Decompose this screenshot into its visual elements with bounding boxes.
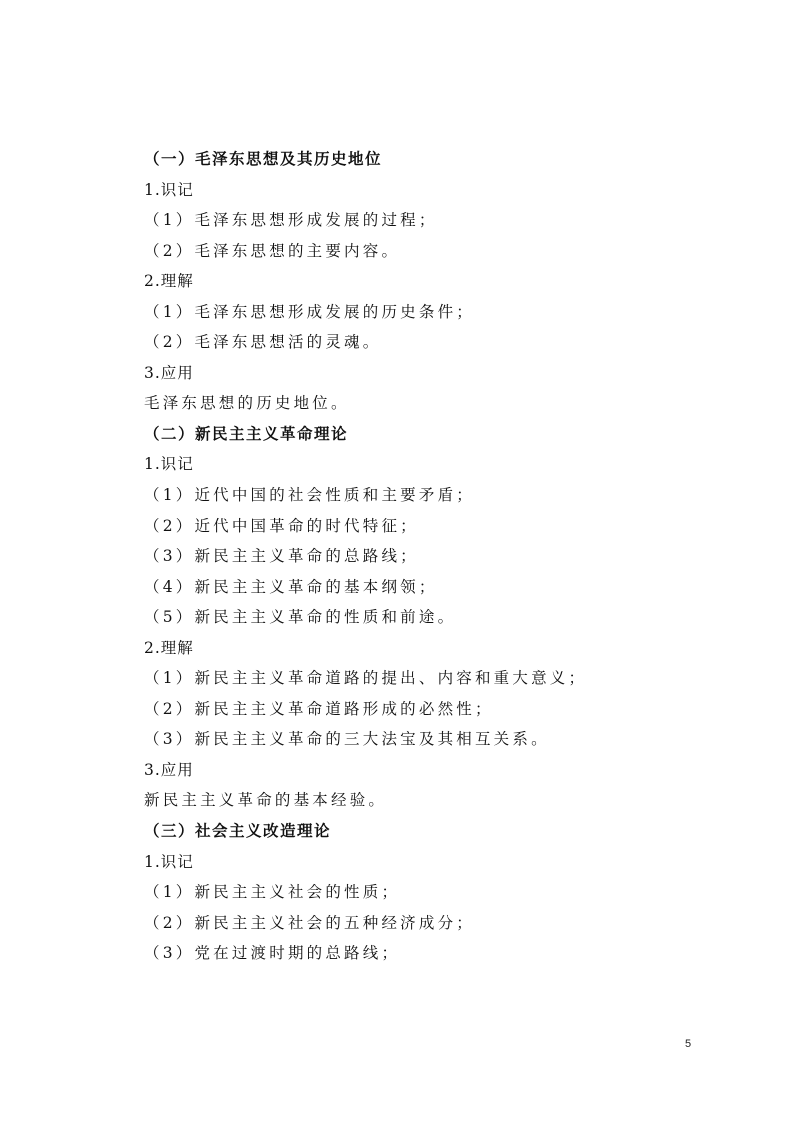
list-item: （1）毛泽东思想形成发展的历史条件； [144, 297, 664, 328]
list-item: （3）新民主主义革命的三大法宝及其相互关系。 [144, 724, 664, 755]
list-item: （3）党在过渡时期的总路线； [144, 938, 664, 969]
paragraph: 新民主主义革命的基本经验。 [144, 785, 664, 816]
list-item: （1）新民主主义革命道路的提出、内容和重大意义； [144, 663, 664, 694]
page-number: 5 [685, 1038, 691, 1050]
section-heading: （三）社会主义改造理论 [144, 816, 664, 847]
list-item: （3）新民主主义革命的总路线； [144, 541, 664, 572]
list-item: （2）新民主主义革命道路形成的必然性； [144, 694, 664, 725]
subsection-label: 1.识记 [144, 847, 664, 878]
subsection-label: 2.理解 [144, 633, 664, 664]
subsection-label: 2.理解 [144, 266, 664, 297]
list-item: （1）毛泽东思想形成发展的过程； [144, 205, 664, 236]
list-item: （5）新民主主义革命的性质和前途。 [144, 602, 664, 633]
list-item: （2）新民主主义社会的五种经济成分； [144, 908, 664, 939]
list-item: （2）毛泽东思想的主要内容。 [144, 236, 664, 267]
document-page: （一）毛泽东思想及其历史地位 1.识记 （1）毛泽东思想形成发展的过程； （2）… [0, 0, 793, 1122]
section-heading: （二）新民主主义革命理论 [144, 419, 664, 450]
list-item: （4）新民主主义革命的基本纲领； [144, 572, 664, 603]
list-item: （1）近代中国的社会性质和主要矛盾； [144, 480, 664, 511]
list-item: （1）新民主主义社会的性质； [144, 877, 664, 908]
subsection-label: 3.应用 [144, 755, 664, 786]
list-item: （2）毛泽东思想活的灵魂。 [144, 327, 664, 358]
subsection-label: 1.识记 [144, 449, 664, 480]
section-heading: （一）毛泽东思想及其历史地位 [144, 144, 664, 175]
list-item: （2）近代中国革命的时代特征； [144, 511, 664, 542]
document-body: （一）毛泽东思想及其历史地位 1.识记 （1）毛泽东思想形成发展的过程； （2）… [144, 144, 664, 969]
subsection-label: 1.识记 [144, 175, 664, 206]
subsection-label: 3.应用 [144, 358, 664, 389]
paragraph: 毛泽东思想的历史地位。 [144, 388, 664, 419]
